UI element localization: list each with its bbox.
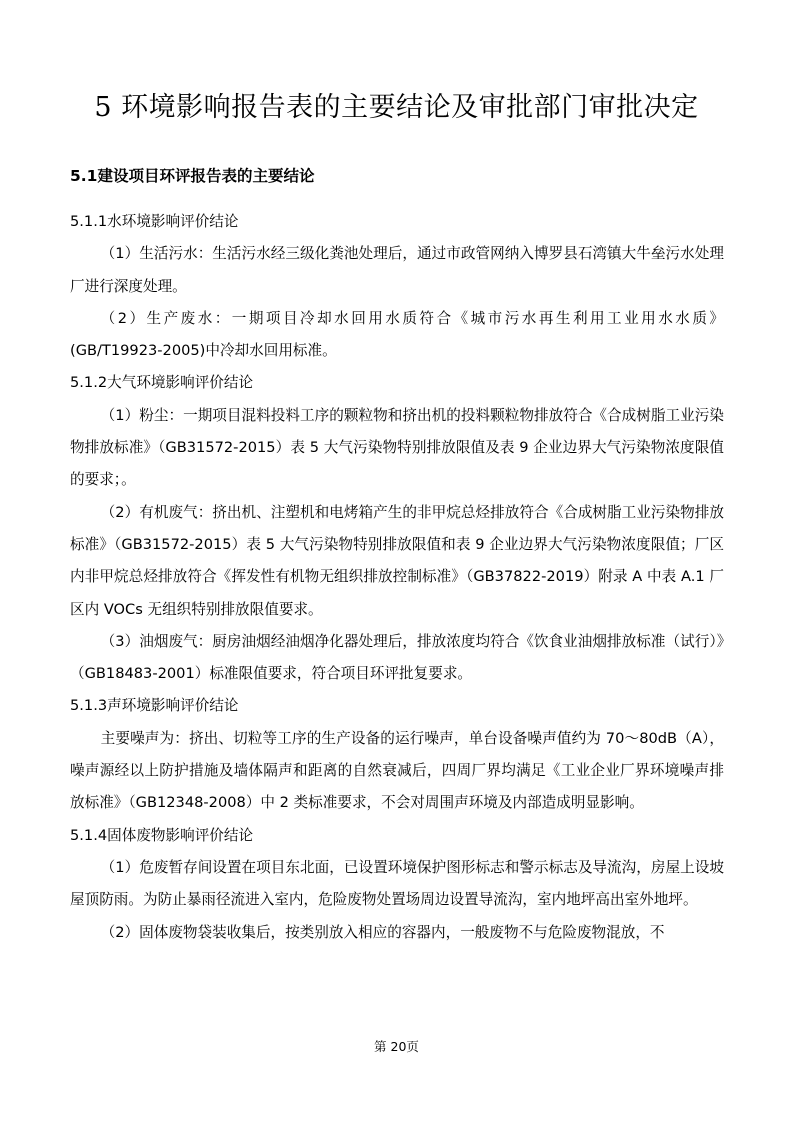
paragraph-hazardous-storage: （1）危废暂存间设置在项目东北面，已设置环境保护图形标志和警示标志及导流沟，房屋… — [70, 852, 724, 917]
paragraph-production-wastewater: （2）生产废水：一期项目冷却水回用水质符合《城市污水再生利用工业用水水质》(GB… — [70, 303, 724, 368]
section-heading: 5.1建设项目环评报告表的主要结论 — [70, 164, 314, 188]
subsection-heading-noise: 5.1.3声环境影响评价结论 — [70, 690, 724, 722]
document-page: 5 环境影响报告表的主要结论及审批部门审批决定 5.1建设项目环评报告表的主要结… — [0, 0, 793, 1122]
paragraph-dust: （1）粉尘：一期项目混料投料工序的颗粒物和挤出机的投料颗粒物排放符合《合成树脂工… — [70, 400, 724, 497]
paragraph-noise: 主要噪声为：挤出、切粒等工序的生产设备的运行噪声，单台设备噪声值约为 70～80… — [70, 723, 724, 820]
paragraph-domestic-sewage: （1）生活污水：生活污水经三级化粪池处理后，通过市政管网纳入博罗县石湾镇大牛垒污… — [70, 238, 724, 303]
paragraph-solid-waste-collection: （2）固体废物袋装收集后，按类别放入相应的容器内，一般废物不与危险废物混放，不 — [70, 917, 724, 949]
subsection-heading-air: 5.1.2大气环境影响评价结论 — [70, 367, 724, 399]
paragraph-organic-gas: （2）有机废气：挤出机、注塑机和电烤箱产生的非甲烷总烃排放符合《合成树脂工业污染… — [70, 497, 724, 626]
section-body: 5.1.1水环境影响评价结论 （1）生活污水：生活污水经三级化粪池处理后，通过市… — [70, 206, 724, 949]
page-number: 第 20页 — [0, 1038, 793, 1056]
page-title: 5 环境影响报告表的主要结论及审批部门审批决定 — [0, 88, 793, 128]
paragraph-cooking-fumes: （3）油烟废气：厨房油烟经油烟净化器处理后，排放浓度均符合《饮食业油烟排放标准（… — [70, 626, 724, 691]
subsection-heading-solid-waste: 5.1.4固体废物影响评价结论 — [70, 820, 724, 852]
subsection-heading-water: 5.1.1水环境影响评价结论 — [70, 206, 724, 238]
